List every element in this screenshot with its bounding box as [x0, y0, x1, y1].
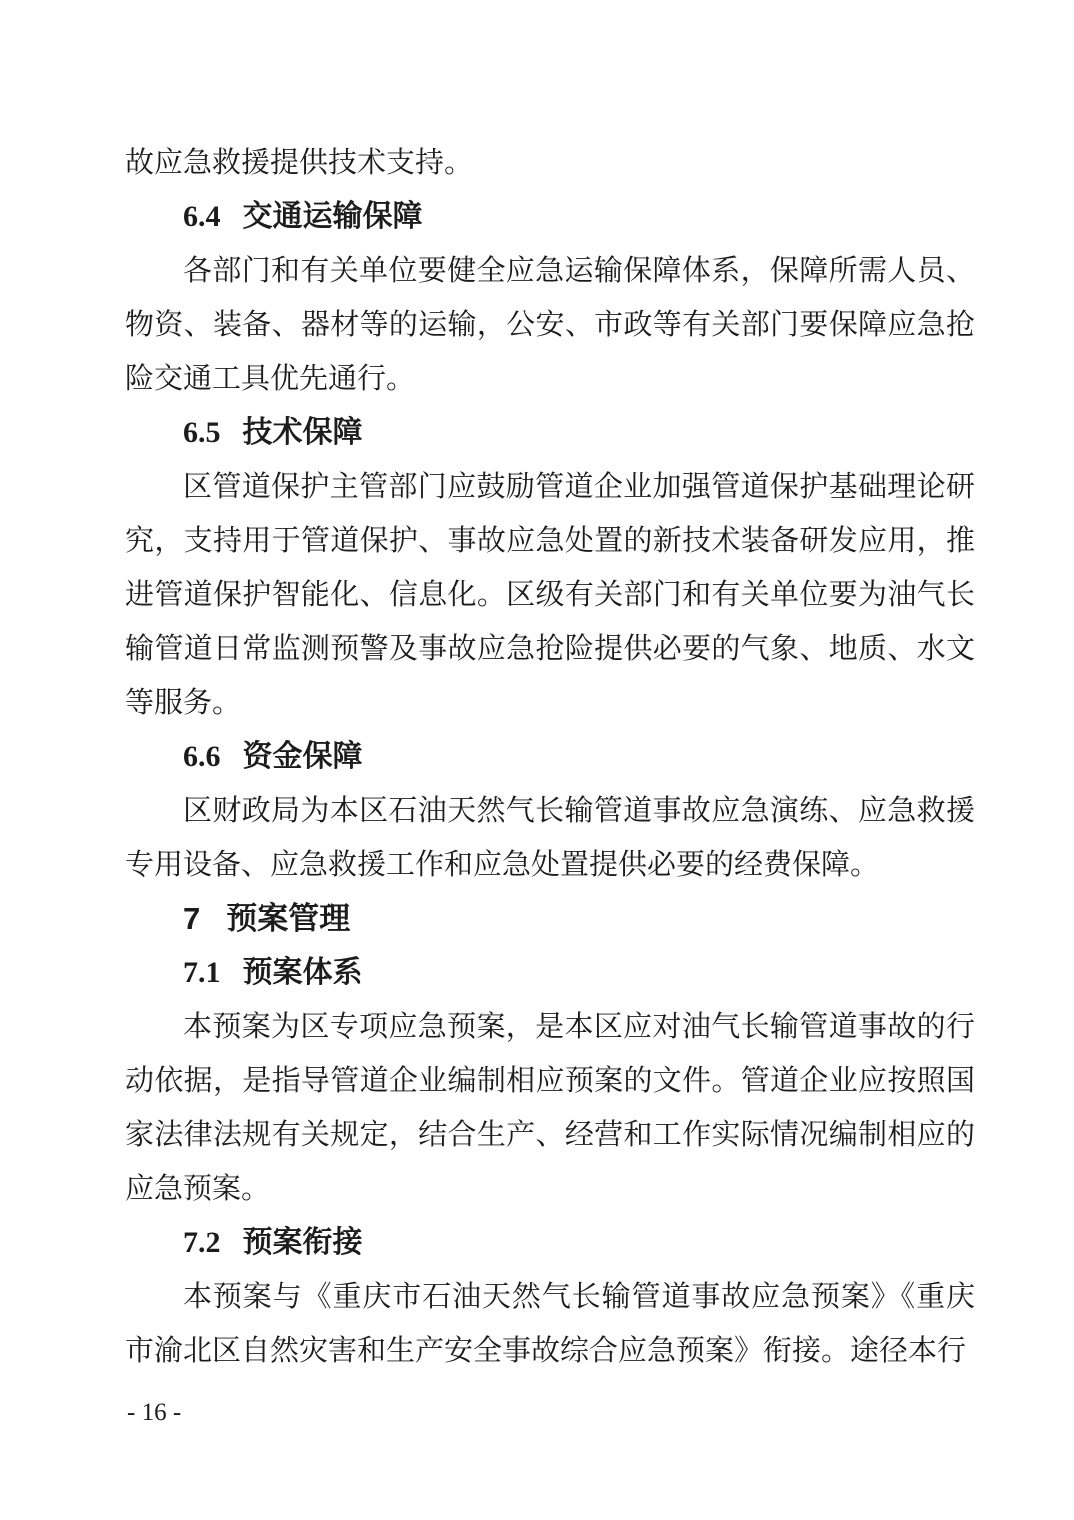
heading-title: 技术保障: [243, 416, 363, 449]
heading-7-2: 7.2预案衔接: [125, 1216, 975, 1270]
heading-title: 预案衔接: [243, 1226, 363, 1259]
heading-number: 6.6: [183, 740, 221, 773]
paragraph: 区管道保护主管部门应鼓励管道企业加强管道保护基础理论研究，支持用于管道保护、事故…: [125, 460, 975, 730]
document-page: 故应急救援提供技术支持。 6.4交通运输保障 各部门和有关单位要健全应急运输保障…: [0, 0, 1074, 1520]
heading-6-6: 6.6资金保障: [125, 730, 975, 784]
paragraph: 本预案与《重庆市石油天然气长输管道事故应急预案》《重庆市渝北区自然灾害和生产安全…: [125, 1270, 975, 1378]
heading-number: 7.2: [183, 1226, 221, 1259]
heading-6-5: 6.5技术保障: [125, 406, 975, 460]
heading-7: 7预案管理: [125, 892, 975, 946]
heading-number: 7.1: [183, 956, 221, 989]
heading-number: 6.4: [183, 200, 221, 233]
heading-title: 资金保障: [243, 740, 363, 773]
heading-6-4: 6.4交通运输保障: [125, 190, 975, 244]
heading-number: 7: [183, 901, 200, 936]
document-body: 故应急救援提供技术支持。 6.4交通运输保障 各部门和有关单位要健全应急运输保障…: [125, 0, 975, 1378]
paragraph: 本预案为区专项应急预案，是本区应对油气长输管道事故的行动依据，是指导管道企业编制…: [125, 1000, 975, 1216]
heading-title: 预案管理: [226, 901, 350, 937]
paragraph-continuation: 故应急救援提供技术支持。: [125, 136, 975, 190]
paragraph: 区财政局为本区石油天然气长输管道事故应急演练、应急救援专用设备、应急救援工作和应…: [125, 784, 975, 892]
heading-title: 交通运输保障: [243, 200, 423, 233]
heading-title: 预案体系: [243, 956, 363, 989]
heading-7-1: 7.1预案体系: [125, 946, 975, 1000]
page-number: - 16 -: [127, 1398, 181, 1428]
paragraph: 各部门和有关单位要健全应急运输保障体系，保障所需人员、物资、装备、器材等的运输，…: [125, 244, 975, 406]
heading-number: 6.5: [183, 416, 221, 449]
